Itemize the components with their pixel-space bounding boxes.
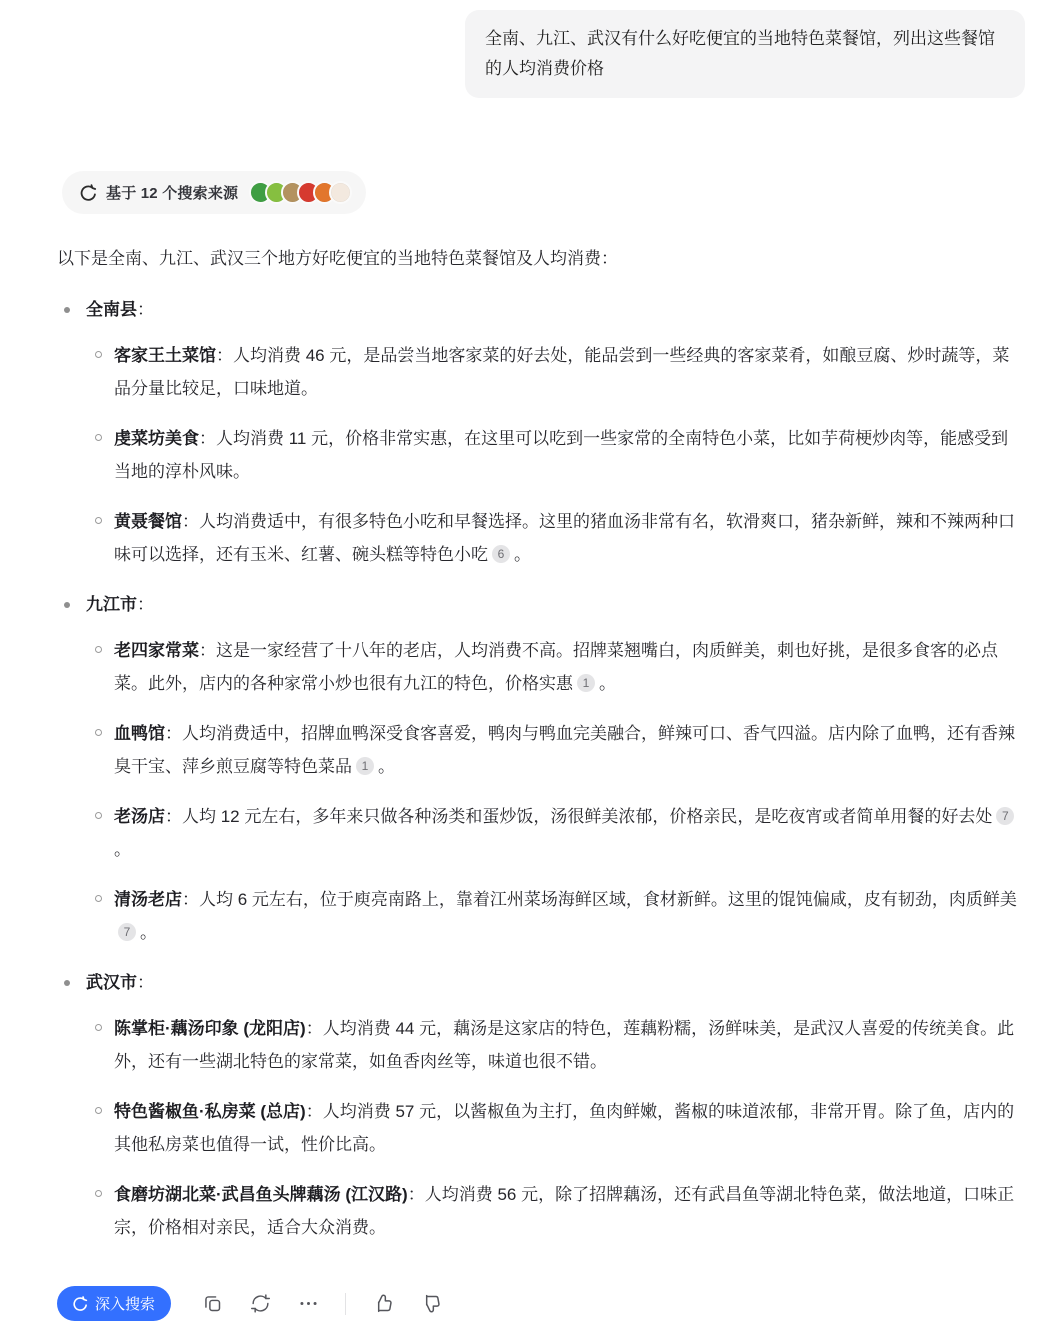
citation-badge[interactable]: 1 bbox=[356, 757, 374, 775]
colon: ： bbox=[182, 890, 199, 909]
colon: ： bbox=[137, 973, 154, 992]
colon: ： bbox=[199, 429, 216, 448]
circle-bullet-icon bbox=[95, 646, 102, 653]
colon: ： bbox=[408, 1185, 425, 1204]
colon: ： bbox=[199, 641, 216, 660]
city-section: 武汉市： 陈掌柜·藕汤印象 (龙阳店)：人均消费 44 元，藕汤是这家店的特色，… bbox=[57, 966, 1021, 1244]
restaurant-desc: 人均消费 11 元，价格非常实惠，在这里可以吃到一些家常的全南特色小菜，比如芋荷… bbox=[114, 429, 1008, 481]
restaurant-name: 特色酱椒鱼·私房菜 (总店) bbox=[114, 1102, 306, 1121]
city-name: 武汉市 bbox=[86, 973, 137, 992]
bullet-icon bbox=[64, 980, 70, 986]
restaurant-name: 虔菜坊美食 bbox=[114, 429, 199, 448]
bullet-icon bbox=[64, 602, 70, 608]
thumbs-down-button[interactable] bbox=[420, 1293, 442, 1315]
circle-bullet-icon bbox=[95, 895, 102, 902]
city-heading: 九江市： bbox=[86, 588, 154, 621]
source-favicons bbox=[249, 181, 352, 204]
city-name: 九江市 bbox=[86, 595, 137, 614]
restaurant-desc: 人均消费 46 元，是品尝当地客家菜的好去处，能品尝到一些经典的客家菜肴，如酿豆… bbox=[114, 346, 1009, 398]
restaurant-item: 陈掌柜·藕汤印象 (龙阳店)：人均消费 44 元，藕汤是这家店的特色，莲藕粉糯，… bbox=[95, 1012, 1021, 1078]
restaurant-desc: 人均 6 元左右，位于庾亮南路上，靠着江州菜场海鲜区域，食材新鲜。这里的馄饨偏咸… bbox=[199, 890, 1017, 909]
sentence-end: 。 bbox=[378, 757, 395, 776]
colon: ： bbox=[137, 595, 154, 614]
chat-panel: 全南、九江、武汉有什么好吃便宜的当地特色菜餐馆，列出这些餐馆的人均消费价格 基于… bbox=[0, 0, 1061, 1341]
restaurant-name: 清汤老店 bbox=[114, 890, 182, 909]
deep-search-icon bbox=[71, 1295, 88, 1312]
restaurant-item: 清汤老店：人均 6 元左右，位于庾亮南路上，靠着江州菜场海鲜区域，食材新鲜。这里… bbox=[95, 883, 1021, 949]
colon: ： bbox=[182, 512, 199, 531]
circle-bullet-icon bbox=[95, 434, 102, 441]
deep-search-label: 深入搜索 bbox=[95, 1293, 155, 1314]
circle-bullet-icon bbox=[95, 1107, 102, 1114]
restaurant-desc: 这是一家经营了十八年的老店，人均消费不高。招牌菜翘嘴白，肉质鲜美，刺也好挑，是很… bbox=[114, 641, 998, 693]
colon: ： bbox=[165, 807, 182, 826]
circle-bullet-icon bbox=[95, 517, 102, 524]
citation-badge[interactable]: 1 bbox=[577, 674, 595, 692]
source-favicon bbox=[329, 181, 352, 204]
thumbs-down-icon bbox=[421, 1293, 442, 1314]
copy-button[interactable] bbox=[201, 1293, 223, 1315]
toolbar-divider bbox=[345, 1293, 346, 1315]
colon: ： bbox=[137, 300, 154, 319]
colon: ： bbox=[216, 346, 233, 365]
search-refresh-icon bbox=[78, 183, 97, 202]
restaurant-name: 老四家常菜 bbox=[114, 641, 199, 660]
restaurant-name: 血鸭馆 bbox=[114, 724, 165, 743]
restaurant-item: 老四家常菜：这是一家经营了十八年的老店，人均消费不高。招牌菜翘嘴白，肉质鲜美，刺… bbox=[95, 634, 1021, 700]
restaurant-name: 客家王土菜馆 bbox=[114, 346, 216, 365]
colon: ： bbox=[306, 1102, 323, 1121]
restaurant-desc: 人均 12 元左右，多年来只做各种汤类和蛋炒饭，汤很鲜美浓郁，价格亲民，是吃夜宵… bbox=[182, 807, 992, 826]
assistant-answer: 以下是全南、九江、武汉三个地方好吃便宜的当地特色菜餐馆及人均消费： 全南县： 客… bbox=[0, 214, 1061, 1244]
citation-badge[interactable]: 7 bbox=[996, 807, 1014, 825]
sentence-end: 。 bbox=[514, 545, 531, 564]
sources-pill[interactable]: 基于 12 个搜索来源 bbox=[62, 171, 366, 214]
restaurant-name: 食磨坊湖北菜·武昌鱼头牌藕汤 (江汉路) bbox=[114, 1185, 408, 1204]
sentence-end: 。 bbox=[114, 840, 131, 859]
answer-toolbar: 深入搜索 bbox=[57, 1286, 1061, 1321]
deep-search-button[interactable]: 深入搜索 bbox=[57, 1286, 171, 1321]
regenerate-button[interactable] bbox=[249, 1293, 271, 1315]
restaurant-desc: 人均消费适中，招牌血鸭深受食客喜爱，鸭肉与鸭血完美融合，鲜辣可口、香气四溢。店内… bbox=[114, 724, 1015, 776]
circle-bullet-icon bbox=[95, 351, 102, 358]
restaurant-desc: 人均消费适中，有很多特色小吃和早餐选择。这里的猪血汤非常有名，软滑爽口，猪杂新鲜… bbox=[114, 512, 1015, 564]
user-message-text: 全南、九江、武汉有什么好吃便宜的当地特色菜餐馆，列出这些餐馆的人均消费价格 bbox=[485, 29, 995, 78]
restaurant-item: 老汤店：人均 12 元左右，多年来只做各种汤类和蛋炒饭，汤很鲜美浓郁，价格亲民，… bbox=[95, 800, 1021, 866]
restaurant-item: 血鸭馆：人均消费适中，招牌血鸭深受食客喜爱，鸭肉与鸭血完美融合，鲜辣可口、香气四… bbox=[95, 717, 1021, 783]
bullet-icon bbox=[64, 307, 70, 313]
restaurant-item: 客家王土菜馆：人均消费 46 元，是品尝当地客家菜的好去处，能品尝到一些经典的客… bbox=[95, 339, 1021, 405]
circle-bullet-icon bbox=[95, 812, 102, 819]
city-heading: 全南县： bbox=[86, 293, 154, 326]
thumbs-up-icon bbox=[373, 1293, 394, 1314]
colon: ： bbox=[165, 724, 182, 743]
circle-bullet-icon bbox=[95, 1024, 102, 1031]
restaurant-name: 黄聂餐馆 bbox=[114, 512, 182, 531]
restaurant-item: 虔菜坊美食：人均消费 11 元，价格非常实惠，在这里可以吃到一些家常的全南特色小… bbox=[95, 422, 1021, 488]
city-section: 九江市： 老四家常菜：这是一家经营了十八年的老店，人均消费不高。招牌菜翘嘴白，肉… bbox=[57, 588, 1021, 949]
citation-badge[interactable]: 7 bbox=[118, 923, 136, 941]
restaurant-name: 老汤店 bbox=[114, 807, 165, 826]
restaurant-item: 黄聂餐馆：人均消费适中，有很多特色小吃和早餐选择。这里的猪血汤非常有名，软滑爽口… bbox=[95, 505, 1021, 571]
user-message-bubble: 全南、九江、武汉有什么好吃便宜的当地特色菜餐馆，列出这些餐馆的人均消费价格 bbox=[465, 10, 1025, 98]
sentence-end: 。 bbox=[140, 923, 157, 942]
citation-badge[interactable]: 6 bbox=[492, 545, 510, 563]
sources-label: 基于 12 个搜索来源 bbox=[106, 182, 238, 203]
more-button[interactable] bbox=[297, 1293, 319, 1315]
colon: ： bbox=[306, 1019, 323, 1038]
more-icon bbox=[298, 1293, 319, 1314]
thumbs-up-button[interactable] bbox=[372, 1293, 394, 1315]
city-section: 全南县： 客家王土菜馆：人均消费 46 元，是品尝当地客家菜的好去处，能品尝到一… bbox=[57, 293, 1021, 571]
city-heading: 武汉市： bbox=[86, 966, 154, 999]
sentence-end: 。 bbox=[599, 674, 616, 693]
restaurant-name: 陈掌柜·藕汤印象 (龙阳店) bbox=[114, 1019, 306, 1038]
circle-bullet-icon bbox=[95, 1190, 102, 1197]
regenerate-icon bbox=[250, 1293, 271, 1314]
circle-bullet-icon bbox=[95, 729, 102, 736]
restaurant-item: 食磨坊湖北菜·武昌鱼头牌藕汤 (江汉路)：人均消费 56 元，除了招牌藕汤，还有… bbox=[95, 1178, 1021, 1244]
answer-intro: 以下是全南、九江、武汉三个地方好吃便宜的当地特色菜餐馆及人均消费： bbox=[57, 242, 1021, 275]
restaurant-item: 特色酱椒鱼·私房菜 (总店)：人均消费 57 元，以酱椒鱼为主打，鱼肉鲜嫩，酱椒… bbox=[95, 1095, 1021, 1161]
copy-icon bbox=[202, 1293, 223, 1314]
sources-row: 基于 12 个搜索来源 bbox=[62, 171, 1061, 214]
city-name: 全南县 bbox=[86, 300, 137, 319]
user-message-row: 全南、九江、武汉有什么好吃便宜的当地特色菜餐馆，列出这些餐馆的人均消费价格 bbox=[0, 0, 1061, 98]
